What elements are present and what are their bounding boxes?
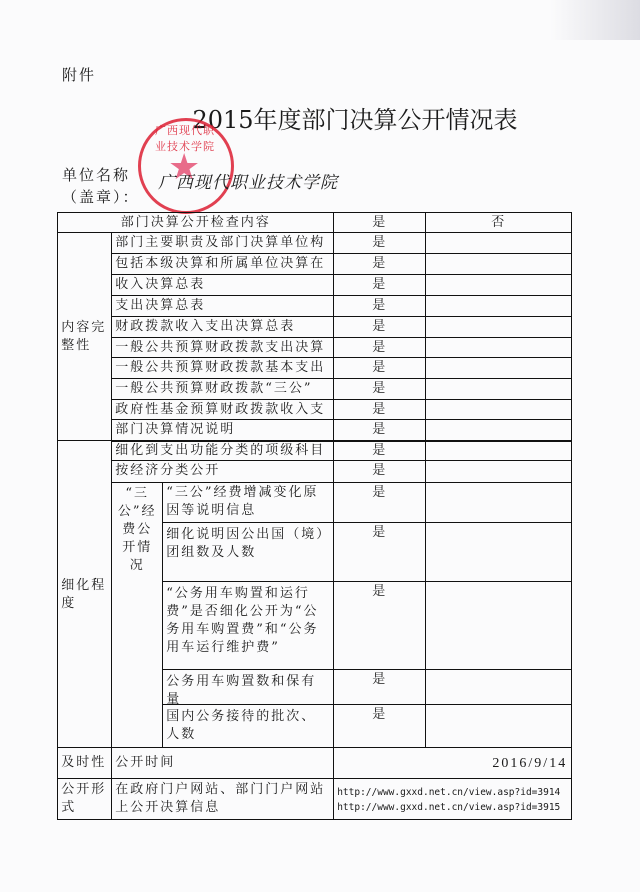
- table-row-item: 公开时间: [111, 747, 334, 779]
- table-row-item: 国内公务接待的批次、人数: [162, 704, 334, 748]
- table-row-item: 支出决算总表: [111, 295, 334, 317]
- table-cell-no: [425, 704, 572, 748]
- table-cell-yes: 是: [333, 295, 426, 317]
- table-row-item: 部门决算情况说明: [111, 419, 334, 442]
- table-row-item: 财政拨款收入支出决算总表: [111, 316, 334, 338]
- category-label: 细化程度: [61, 578, 106, 611]
- table-row-item: 收入决算总表: [111, 274, 334, 296]
- table-cell-no: [425, 253, 572, 275]
- table-row-item: 一般公共预算财政拨款基本支出: [111, 357, 334, 379]
- disclosure-link[interactable]: http://www.gxxd.net.cn/view.asp?id=3914: [337, 785, 568, 800]
- table-cell-no: [425, 378, 572, 400]
- table-cell-yes: 是: [333, 460, 426, 483]
- subgroup-label: “三公”经费公开情况: [118, 486, 157, 573]
- table-cell-no: [425, 460, 572, 483]
- table-cell-yes: 是: [333, 669, 426, 705]
- disclosure-table: 部门决算公开检查内容 是 否 内容完整性 部门主要职责及部门决算单位构是包括本级…: [0, 0, 640, 892]
- category-label: 内容完整性: [61, 319, 108, 355]
- header-yes: 是: [333, 212, 426, 233]
- disclosure-links: http://www.gxxd.net.cn/view.asp?id=3914 …: [333, 778, 572, 820]
- table-cell-yes: 是: [333, 253, 426, 275]
- table-row-item: 一般公共预算财政拨款支出决算: [111, 337, 334, 358]
- table-cell-yes: 是: [333, 274, 426, 296]
- table-row-item: 政府性基金预算财政拨款收入支: [111, 399, 334, 420]
- table-cell-no: [425, 581, 572, 670]
- table-cell-yes: 是: [333, 522, 426, 582]
- table-cell-yes: 是: [333, 357, 426, 379]
- table-cell-no: [425, 337, 572, 358]
- table-row-item: 细化说明因公出国（境）团组数及人数: [162, 522, 334, 582]
- table-cell-yes: 是: [333, 581, 426, 670]
- category-granularity: 细化程度: [57, 440, 112, 748]
- header-no: 否: [425, 212, 572, 233]
- table-cell-no: [425, 669, 572, 705]
- publish-date: 2016/9/14: [333, 747, 572, 779]
- disclosure-link[interactable]: http://www.gxxd.net.cn/view.asp?id=3915: [337, 800, 568, 815]
- table-row-item: 细化到支出功能分类的项级科目: [111, 440, 334, 461]
- table-cell-yes: 是: [333, 337, 426, 358]
- table-cell-yes: 是: [333, 440, 426, 461]
- header-content: 部门决算公开检查内容: [57, 212, 334, 233]
- table-row-item: “公务用车购置和运行费”是否细化公开为“公务用车购置费”和“公务用车运行维护费”: [162, 581, 334, 670]
- table-cell-yes: 是: [333, 378, 426, 400]
- table-cell-no: [425, 316, 572, 338]
- category-disclosure-form: 公开形式: [57, 778, 112, 820]
- category-completeness: 内容完整性: [57, 232, 112, 441]
- table-cell-no: [425, 399, 572, 420]
- table-row-item: 一般公共预算财政拨款“三公”: [111, 378, 334, 400]
- table-cell-yes: 是: [333, 399, 426, 420]
- table-cell-no: [425, 295, 572, 317]
- table-cell-no: [425, 232, 572, 254]
- table-cell-yes: 是: [333, 232, 426, 254]
- table-cell-no: [425, 274, 572, 296]
- table-row-item: 包括本级决算和所属单位决算在: [111, 253, 334, 275]
- table-cell-no: [425, 482, 572, 523]
- table-cell-no: [425, 357, 572, 379]
- table-cell-no: [425, 522, 572, 582]
- table-row-item: 公务用车购置数和保有量: [162, 669, 334, 705]
- table-cell-no: [425, 419, 572, 442]
- table-cell-yes: 是: [333, 316, 426, 338]
- table-cell-no: [425, 440, 572, 461]
- table-cell-yes: 是: [333, 482, 426, 523]
- table-row-item: 在政府门户网站、部门门户网站上公开决算信息: [111, 778, 334, 820]
- table-cell-yes: 是: [333, 419, 426, 442]
- table-row-item: “三公”经费增减变化原因等说明信息: [162, 482, 334, 523]
- table-row-item: 按经济分类公开: [111, 460, 334, 483]
- category-timeliness: 及时性: [57, 747, 112, 779]
- table-row-item: 部门主要职责及部门决算单位构: [111, 232, 334, 254]
- table-cell-yes: 是: [333, 704, 426, 748]
- subgroup-three-public: “三公”经费公开情况: [111, 482, 163, 748]
